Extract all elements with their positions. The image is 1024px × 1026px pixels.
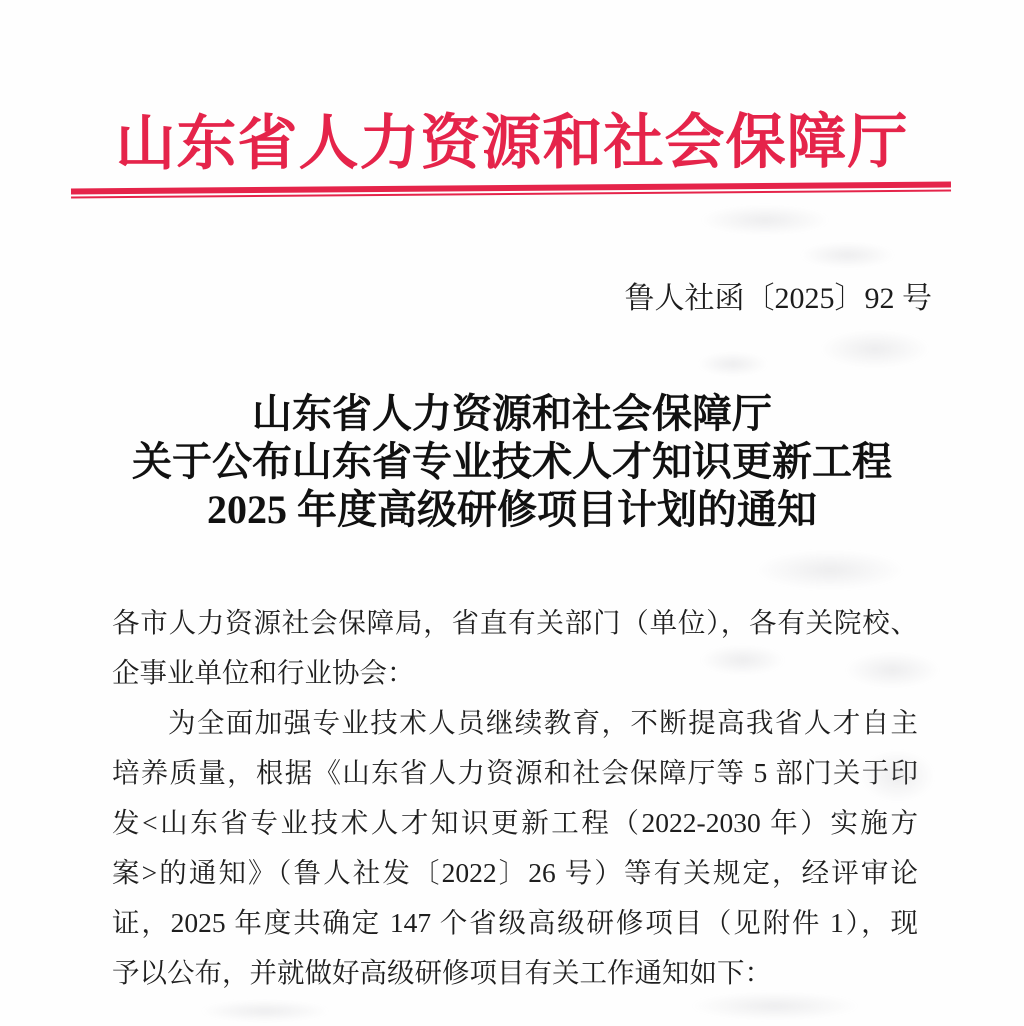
body-line-1: 各市人力资源社会保障局，省直有关部门（单位），各有关院校、: [112, 598, 918, 648]
body-line-8: 予以公布，并就做好高级研修项目有关工作通知如下：: [112, 948, 918, 998]
bleed-through-artifact: [698, 352, 768, 376]
bleed-through-artifact: [700, 205, 830, 235]
title-line-3: 2025 年度高级研修项目计划的通知: [0, 486, 1024, 534]
title-line-2: 关于公布山东省专业技术人才知识更新工程: [0, 438, 1024, 486]
letterhead-org-name: 山东省人力资源和社会保障厅: [0, 102, 1024, 185]
body-line-2: 企事业单位和行业协会：: [112, 648, 918, 698]
body-line-3: 为全面加强专业技术人员继续教育，不断提高我省人才自主: [112, 698, 918, 748]
title-line-1: 山东省人力资源和社会保障厅: [0, 390, 1024, 438]
bleed-through-artifact: [755, 550, 905, 590]
document-title: 山东省人力资源和社会保障厅 关于公布山东省专业技术人才知识更新工程 2025 年…: [0, 390, 1024, 534]
body-line-6: 案>的通知》（鲁人社发〔2022〕26 号）等有关规定，经评审论: [112, 848, 918, 898]
letterhead-divider: [71, 182, 951, 199]
body-line-7: 证，2025 年度共确定 147 个省级高级研修项目（见附件 1），现: [112, 898, 918, 948]
document-body: 各市人力资源社会保障局，省直有关部门（单位），各有关院校、 企事业单位和行业协会…: [112, 598, 918, 998]
body-line-4: 培养质量，根据《山东省人力资源和社会保障厅等 5 部门关于印: [112, 748, 918, 798]
bleed-through-artifact: [200, 1000, 330, 1022]
bleed-through-artifact: [820, 330, 930, 368]
body-line-5: 发<山东省专业技术人才知识更新工程（2022-2030 年）实施方: [112, 798, 918, 848]
document-number: 鲁人社函〔2025〕92 号: [0, 281, 932, 317]
scanned-document-page: 山东省人力资源和社会保障厅 鲁人社函〔2025〕92 号 山东省人力资源和社会保…: [0, 0, 1024, 1026]
bleed-through-artifact: [800, 242, 895, 268]
